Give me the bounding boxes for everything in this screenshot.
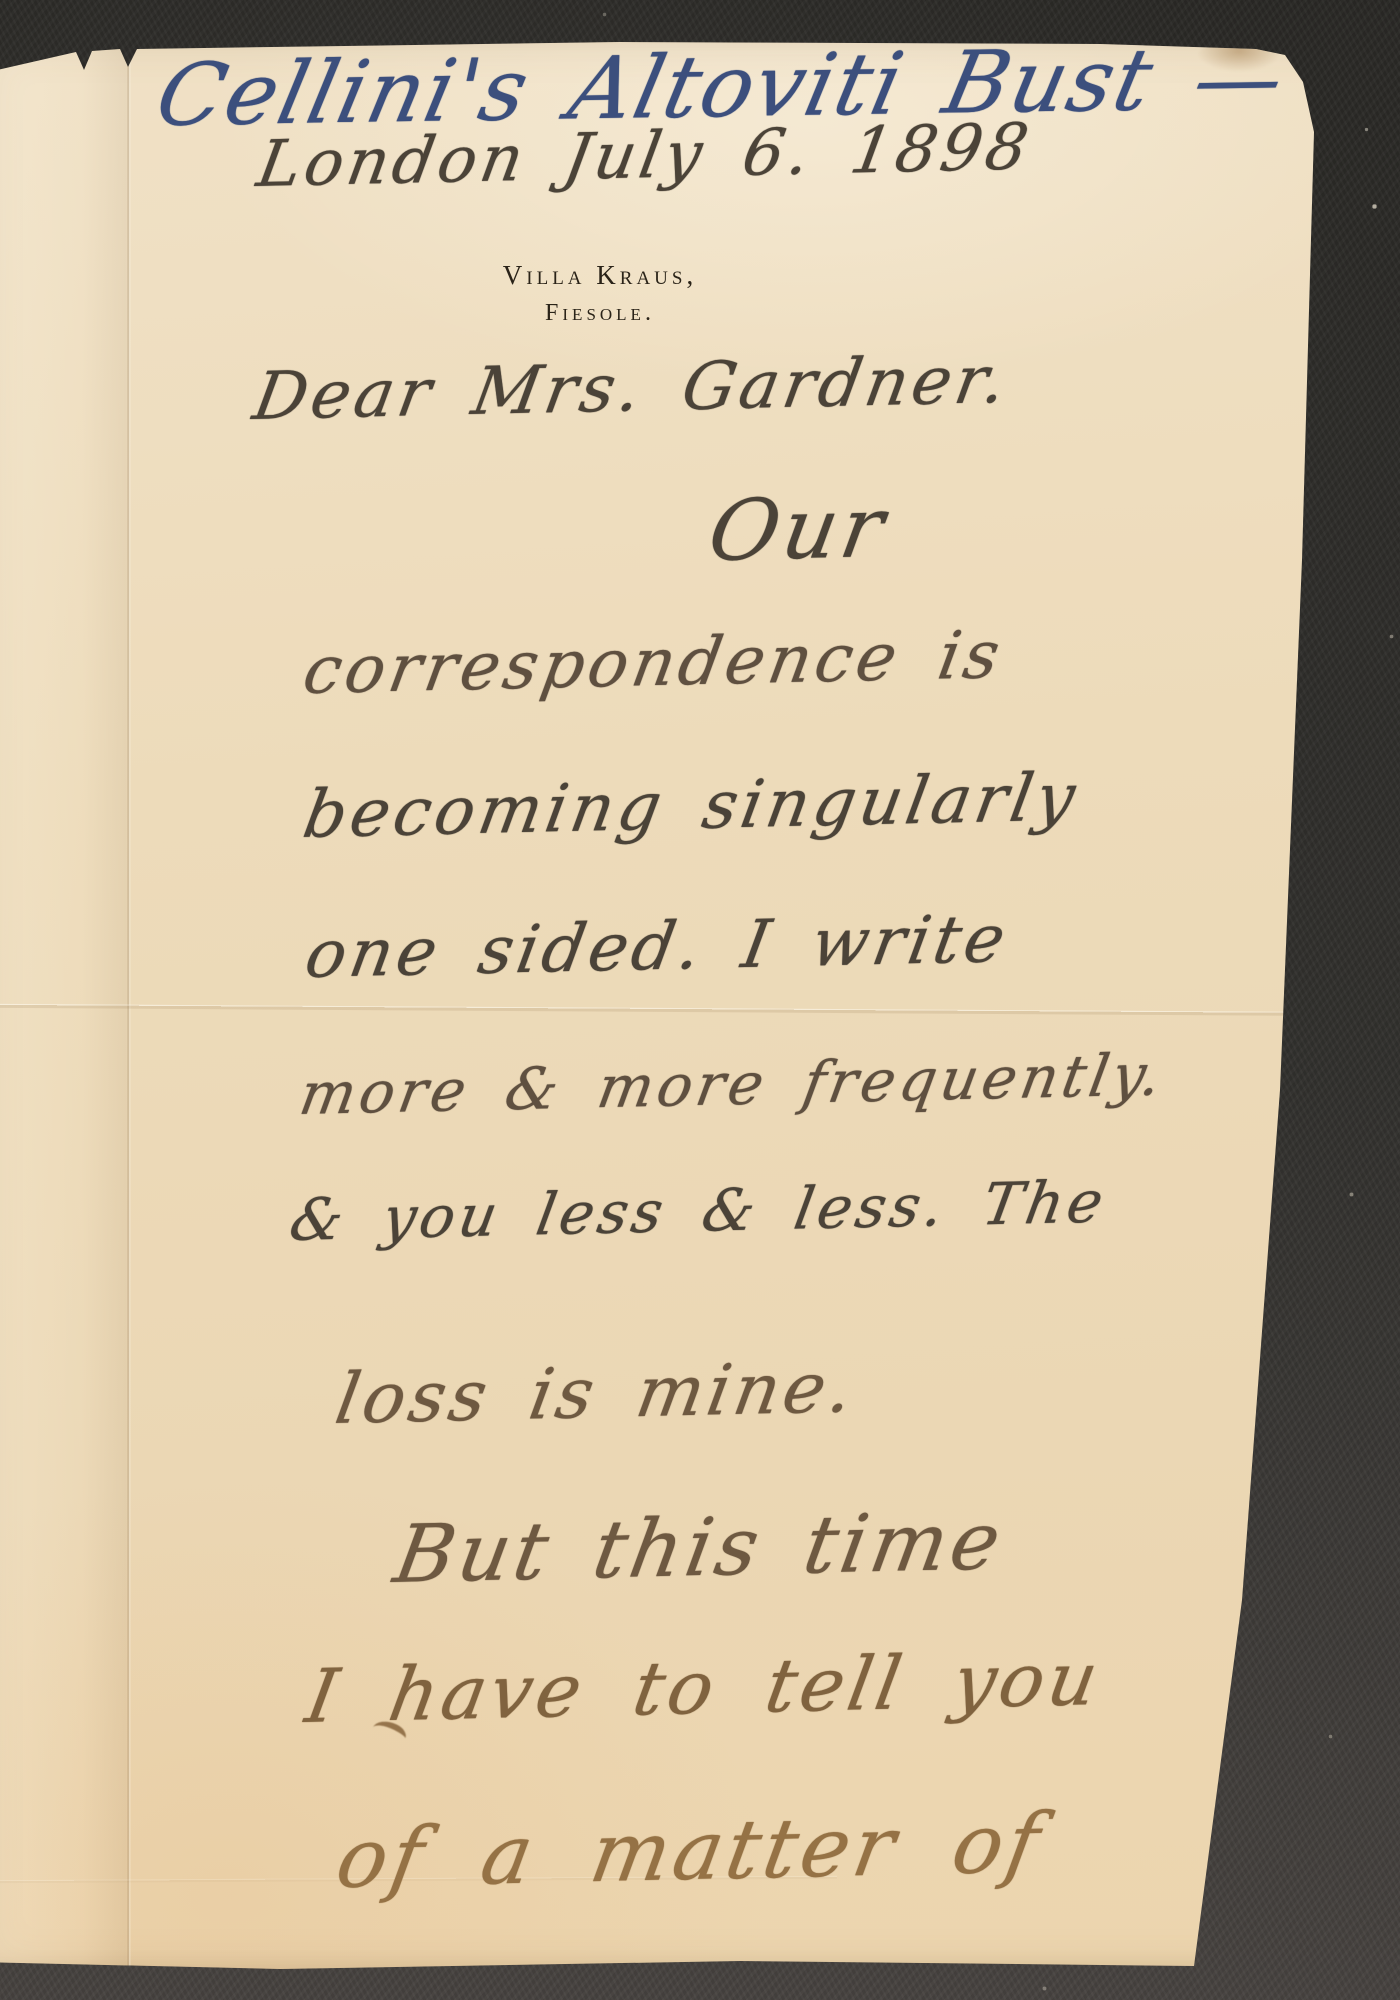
letterhead-villa-name: Villa Kraus,	[400, 260, 800, 291]
letter-page: Cellini's Altoviti Bust — London July 6.…	[0, 40, 1362, 1972]
body-line: more & more frequently.	[295, 1041, 1170, 1128]
letter-photograph: Cellini's Altoviti Bust — London July 6.…	[0, 0, 1400, 2000]
body-line: one sided. I write	[300, 900, 1015, 993]
horizontal-fold-crease	[0, 1004, 1362, 1016]
body-line: But this time	[388, 1494, 1011, 1601]
body-line: I have to tell you	[300, 1636, 1108, 1740]
letterhead-town-name: Fiesole.	[400, 300, 800, 327]
body-line: loss is mine.	[330, 1346, 863, 1440]
body-line: & you less & less. The	[285, 1168, 1112, 1254]
body-line: Our	[702, 478, 895, 580]
dust-specks	[0, 0, 1, 1]
body-line: of a matter of	[330, 1796, 1050, 1907]
printed-letterhead: Villa Kraus, Fiesole.	[400, 260, 800, 327]
salutation-line: Dear Mrs. Gardner.	[248, 341, 1016, 435]
body-line: becoming singularly	[298, 759, 1084, 853]
body-line: correspondence is	[298, 616, 1009, 709]
